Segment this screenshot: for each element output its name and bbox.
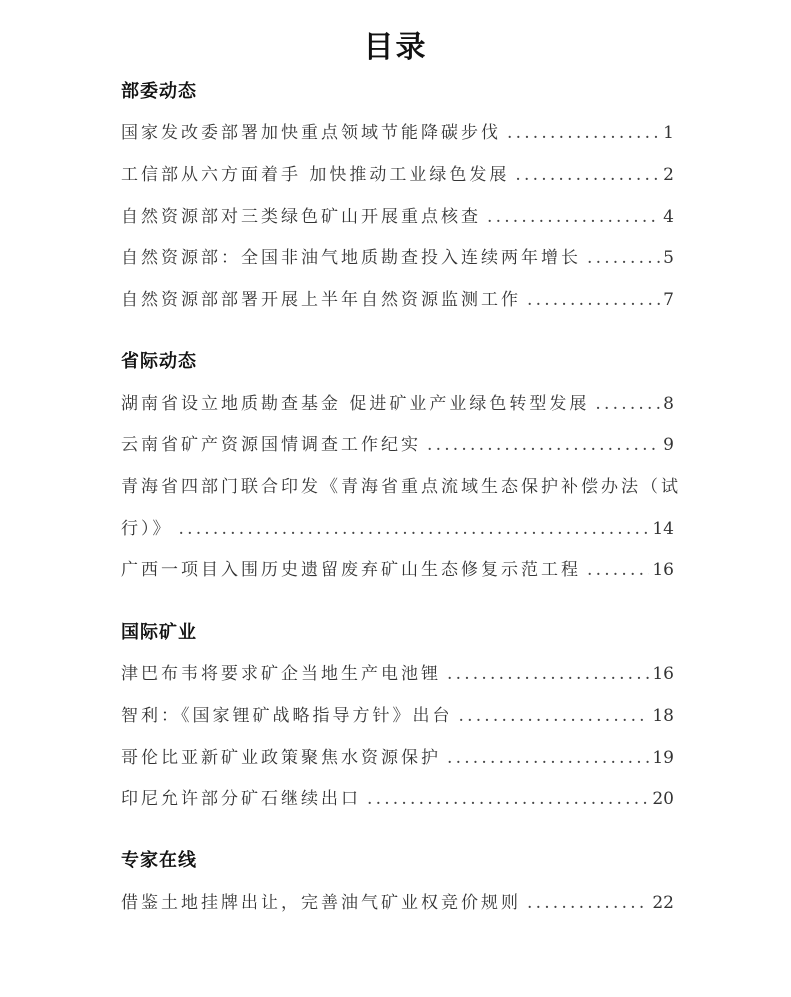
dot-leader [179, 519, 650, 539]
dot-leader [515, 165, 660, 185]
toc-entry-page: 14 [652, 519, 674, 539]
toc-entry[interactable]: 印尼允许部分矿石继续出口 20 [121, 784, 674, 808]
toc-entry[interactable]: 工信部从六方面着手 加快推动工业绿色发展 2 [121, 160, 674, 184]
toc-entry[interactable]: 国家发改委部署加快重点领域节能降碳步伐 1 [121, 118, 674, 142]
section-heading: 专家在线 [121, 846, 197, 872]
toc-entry[interactable]: 津巴布韦将要求矿企当地生产电池锂 16 [121, 659, 674, 683]
toc-entry-title: 湖南省设立地质勘查基金 促进矿业产业绿色转型发展 [121, 389, 589, 414]
toc-entry[interactable]: 智利：《国家锂矿战略指导方针》出台 18 [121, 701, 674, 725]
page-title: 目录 [0, 22, 791, 66]
toc-entry[interactable]: 借鉴土地挂牌出让，完善油气矿业权竞价规则 22 [121, 888, 674, 912]
toc-entry-title: 借鉴土地挂牌出让，完善油气矿业权竞价规则 [121, 888, 521, 913]
toc-entry[interactable]: 广西一项目入围历史遗留废弃矿山生态修复示范工程 16 [121, 555, 674, 579]
dot-leader [447, 748, 649, 768]
toc-entry[interactable]: 行）》 14 [121, 514, 674, 538]
dot-leader [587, 560, 649, 580]
toc-entry-page: 1 [663, 123, 674, 143]
toc-entry[interactable]: 云南省矿产资源国情调查工作纪实 9 [121, 430, 674, 454]
toc-entry[interactable]: 湖南省设立地质勘查基金 促进矿业产业绿色转型发展 8 [121, 389, 674, 413]
dot-leader [427, 435, 660, 455]
toc-entry[interactable]: 自然资源部：全国非油气地质勘查投入连续两年增长 5 [121, 243, 674, 267]
dot-leader [587, 248, 660, 268]
toc-entry[interactable]: 自然资源部对三类绿色矿山开展重点核查 4 [121, 202, 674, 226]
dot-leader [527, 893, 649, 913]
toc-entry-title: 津巴布韦将要求矿企当地生产电池锂 [121, 659, 441, 684]
toc-entry-page: 22 [652, 893, 674, 913]
toc-entry-page: 9 [663, 435, 674, 455]
toc-entry-title: 智利：《国家锂矿战略指导方针》出台 [121, 701, 453, 726]
toc-entry-title: 云南省矿产资源国情调查工作纪实 [121, 430, 421, 455]
toc-entry-title: 自然资源部部署开展上半年自然资源监测工作 [121, 285, 521, 310]
toc-entry-title: 广西一项目入围历史遗留废弃矿山生态修复示范工程 [121, 555, 581, 580]
toc-entry[interactable]: 自然资源部部署开展上半年自然资源监测工作 7 [121, 285, 674, 309]
toc-entry-page: 16 [652, 560, 674, 580]
toc-entry-title-line1[interactable]: 青海省四部门联合印发《青海省重点流域生态保护补偿办法（试 [121, 472, 674, 497]
toc-entry-title: 印尼允许部分矿石继续出口 [121, 784, 361, 809]
toc-entry-page: 16 [652, 664, 674, 684]
dot-leader [459, 706, 650, 726]
dot-leader [507, 123, 660, 143]
toc-entry-title: 行）》 [121, 514, 173, 539]
dot-leader [447, 664, 649, 684]
dot-leader [487, 207, 660, 227]
toc-entry-page: 5 [663, 248, 674, 268]
toc-entry[interactable]: 哥伦比亚新矿业政策聚焦水资源保护 19 [121, 743, 674, 767]
toc-entry-page: 2 [663, 165, 674, 185]
toc-entry-page: 20 [652, 789, 674, 809]
toc-entry-page: 4 [663, 207, 674, 227]
toc-entry-page: 7 [663, 290, 674, 310]
section-heading: 省际动态 [121, 347, 197, 373]
toc-entry-page: 18 [652, 706, 674, 726]
section-heading: 部委动态 [121, 77, 197, 103]
toc-entry-page: 19 [652, 748, 674, 768]
dot-leader [527, 290, 660, 310]
toc-entry-title: 国家发改委部署加快重点领域节能降碳步伐 [121, 118, 501, 143]
toc-entry-title: 自然资源部对三类绿色矿山开展重点核查 [121, 202, 481, 227]
dot-leader [367, 789, 649, 809]
toc-entry-title: 自然资源部：全国非油气地质勘查投入连续两年增长 [121, 243, 581, 268]
toc-entry-title: 哥伦比亚新矿业政策聚焦水资源保护 [121, 743, 441, 768]
toc-entry-page: 8 [663, 394, 674, 414]
toc-entry-title: 工信部从六方面着手 加快推动工业绿色发展 [121, 160, 509, 185]
section-heading: 国际矿业 [121, 618, 197, 644]
dot-leader [595, 394, 660, 414]
